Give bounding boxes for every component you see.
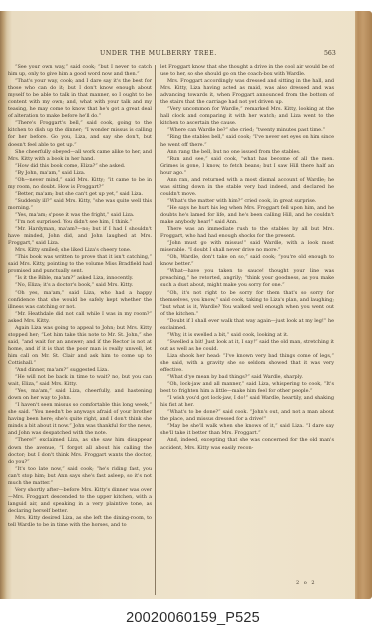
paragraph: “Oh, lock-jaw and all manner,” said Liza… xyxy=(160,381,334,395)
paragraph: “Run and see,” said cook, “what has beco… xyxy=(160,156,334,177)
paragraph: “Suddenly ill?” said Mrs. Kitty, “she wa… xyxy=(8,198,152,212)
running-head: UNDER THE MULBERRY TREE. 563 xyxy=(8,50,355,60)
image-caption: 20020060159_P525 xyxy=(0,610,386,626)
paragraph: “Better, ma'am; but she can't get up yet… xyxy=(8,191,152,198)
paragraph: She cheerfully obeyed—all work came alik… xyxy=(8,149,152,163)
paragraph: Again Liza was going to appeal to John; … xyxy=(8,325,152,367)
paragraph: Ann rang the bell, but no one issued fro… xyxy=(160,149,334,156)
left-column: “See your own way,” said cook; “but I ne… xyxy=(8,64,152,529)
paragraph: “I wish you'd got lock-jaw, I do!” said … xyxy=(160,395,334,409)
paragraph: “Ring the stables bell,” said cook; “I'v… xyxy=(160,134,334,148)
paragraph: “Why, it is swelled a bit,” said cook, l… xyxy=(160,332,334,339)
paragraph: “What—have you taken to sauce! thought y… xyxy=(160,268,334,289)
paragraph: And, indeed, excepting that she was conc… xyxy=(160,437,334,451)
paragraph: “Yes, ma'am,” said Liza, cheerfully, and… xyxy=(8,388,152,402)
paragraph: “Swelled a bit! Just look at it, I say!”… xyxy=(160,339,334,353)
paragraph: “Very uncommon for Wardle,” remarked Mrs… xyxy=(160,106,334,127)
paragraph: “John must go with missus!” said Wardle,… xyxy=(160,240,334,254)
running-head-title: UNDER THE MULBERRY TREE. xyxy=(100,50,217,57)
book-page: UNDER THE MULBERRY TREE. 563 “See your o… xyxy=(0,11,372,599)
paragraph: “How did this book come, Eliza?” she ask… xyxy=(8,163,152,170)
paragraph: “See your own way,” said cook; “but I ne… xyxy=(8,64,152,78)
paragraph: “Yes, ma'am; s'pose it was the fright,” … xyxy=(8,212,152,219)
page-content: UNDER THE MULBERRY TREE. 563 “See your o… xyxy=(8,11,355,599)
paragraph: “No, Eliza; it's a doctor's book,” said … xyxy=(8,282,152,289)
paragraph: Mrs. Kitty desired Liza, as she left the… xyxy=(8,515,152,529)
paragraph: Ann ran, and returned with a most dismal… xyxy=(160,177,334,198)
paragraph: “Mr. Hardyman, ma'am?—no; but if I had I… xyxy=(8,226,152,247)
column-divider xyxy=(155,65,156,595)
signature-mark: 2 o 2 xyxy=(296,580,316,586)
paragraph: “Mr. Heathdale did not call while I was … xyxy=(8,311,152,325)
paragraph: “Oh—never mind,” said Mrs. Kitty; “it ca… xyxy=(8,177,152,191)
paragraph: “What's the matter with him?” cried cook… xyxy=(160,198,334,205)
paragraph: Mrs. Froggart accordingly was dressed an… xyxy=(160,78,334,106)
page-fore-edge xyxy=(355,11,372,599)
paragraph: Liza shook her head: “I've known very ba… xyxy=(160,353,334,374)
paragraph: “Oh, it's not right to be sorry for them… xyxy=(160,290,334,318)
paragraph: “Oh yes, ma'am,” said Liza, who had a ha… xyxy=(8,290,152,311)
paragraph: “It's too late now,” said cook; “he's ri… xyxy=(8,466,152,487)
page-number: 563 xyxy=(324,50,336,57)
paragraph: “He will not be back in time to wait? no… xyxy=(8,374,152,388)
paragraph: “May be she'll walk when she knows of it… xyxy=(160,423,334,437)
paragraph: “And dinner, ma'am?” suggested Liza. xyxy=(8,367,152,374)
paragraph: “This book was written to prove that it … xyxy=(8,254,152,275)
paragraph: let Froggart know that she thought a dri… xyxy=(160,64,334,78)
paragraph: “What's to be done?” said cook. “John's … xyxy=(160,409,334,423)
paragraph: “There's Froggart's bell,” said cook, go… xyxy=(8,120,152,148)
paragraph: “He says he hurt his leg when Mrs. Frogg… xyxy=(160,205,334,226)
paragraph: “I haven't seen missus so comfortable th… xyxy=(8,402,152,437)
paragraph: “There!” exclaimed Liza, as she saw him … xyxy=(8,437,152,465)
paragraph: “Doubt if I shall ever walk that way aga… xyxy=(160,318,334,332)
paragraph: “By John, ma'am,” said Liza. xyxy=(8,170,152,177)
right-column: let Froggart know that she thought a dri… xyxy=(160,64,334,452)
paragraph: “Oh, Wardle, don't take on so,” said coo… xyxy=(160,254,334,268)
paragraph: There was an immediate rush to the stabl… xyxy=(160,226,334,240)
paragraph: Very shortly after—before Mrs. Kitty's d… xyxy=(8,487,152,515)
paragraph: “That's your way, cook; and I dare say i… xyxy=(8,78,152,120)
